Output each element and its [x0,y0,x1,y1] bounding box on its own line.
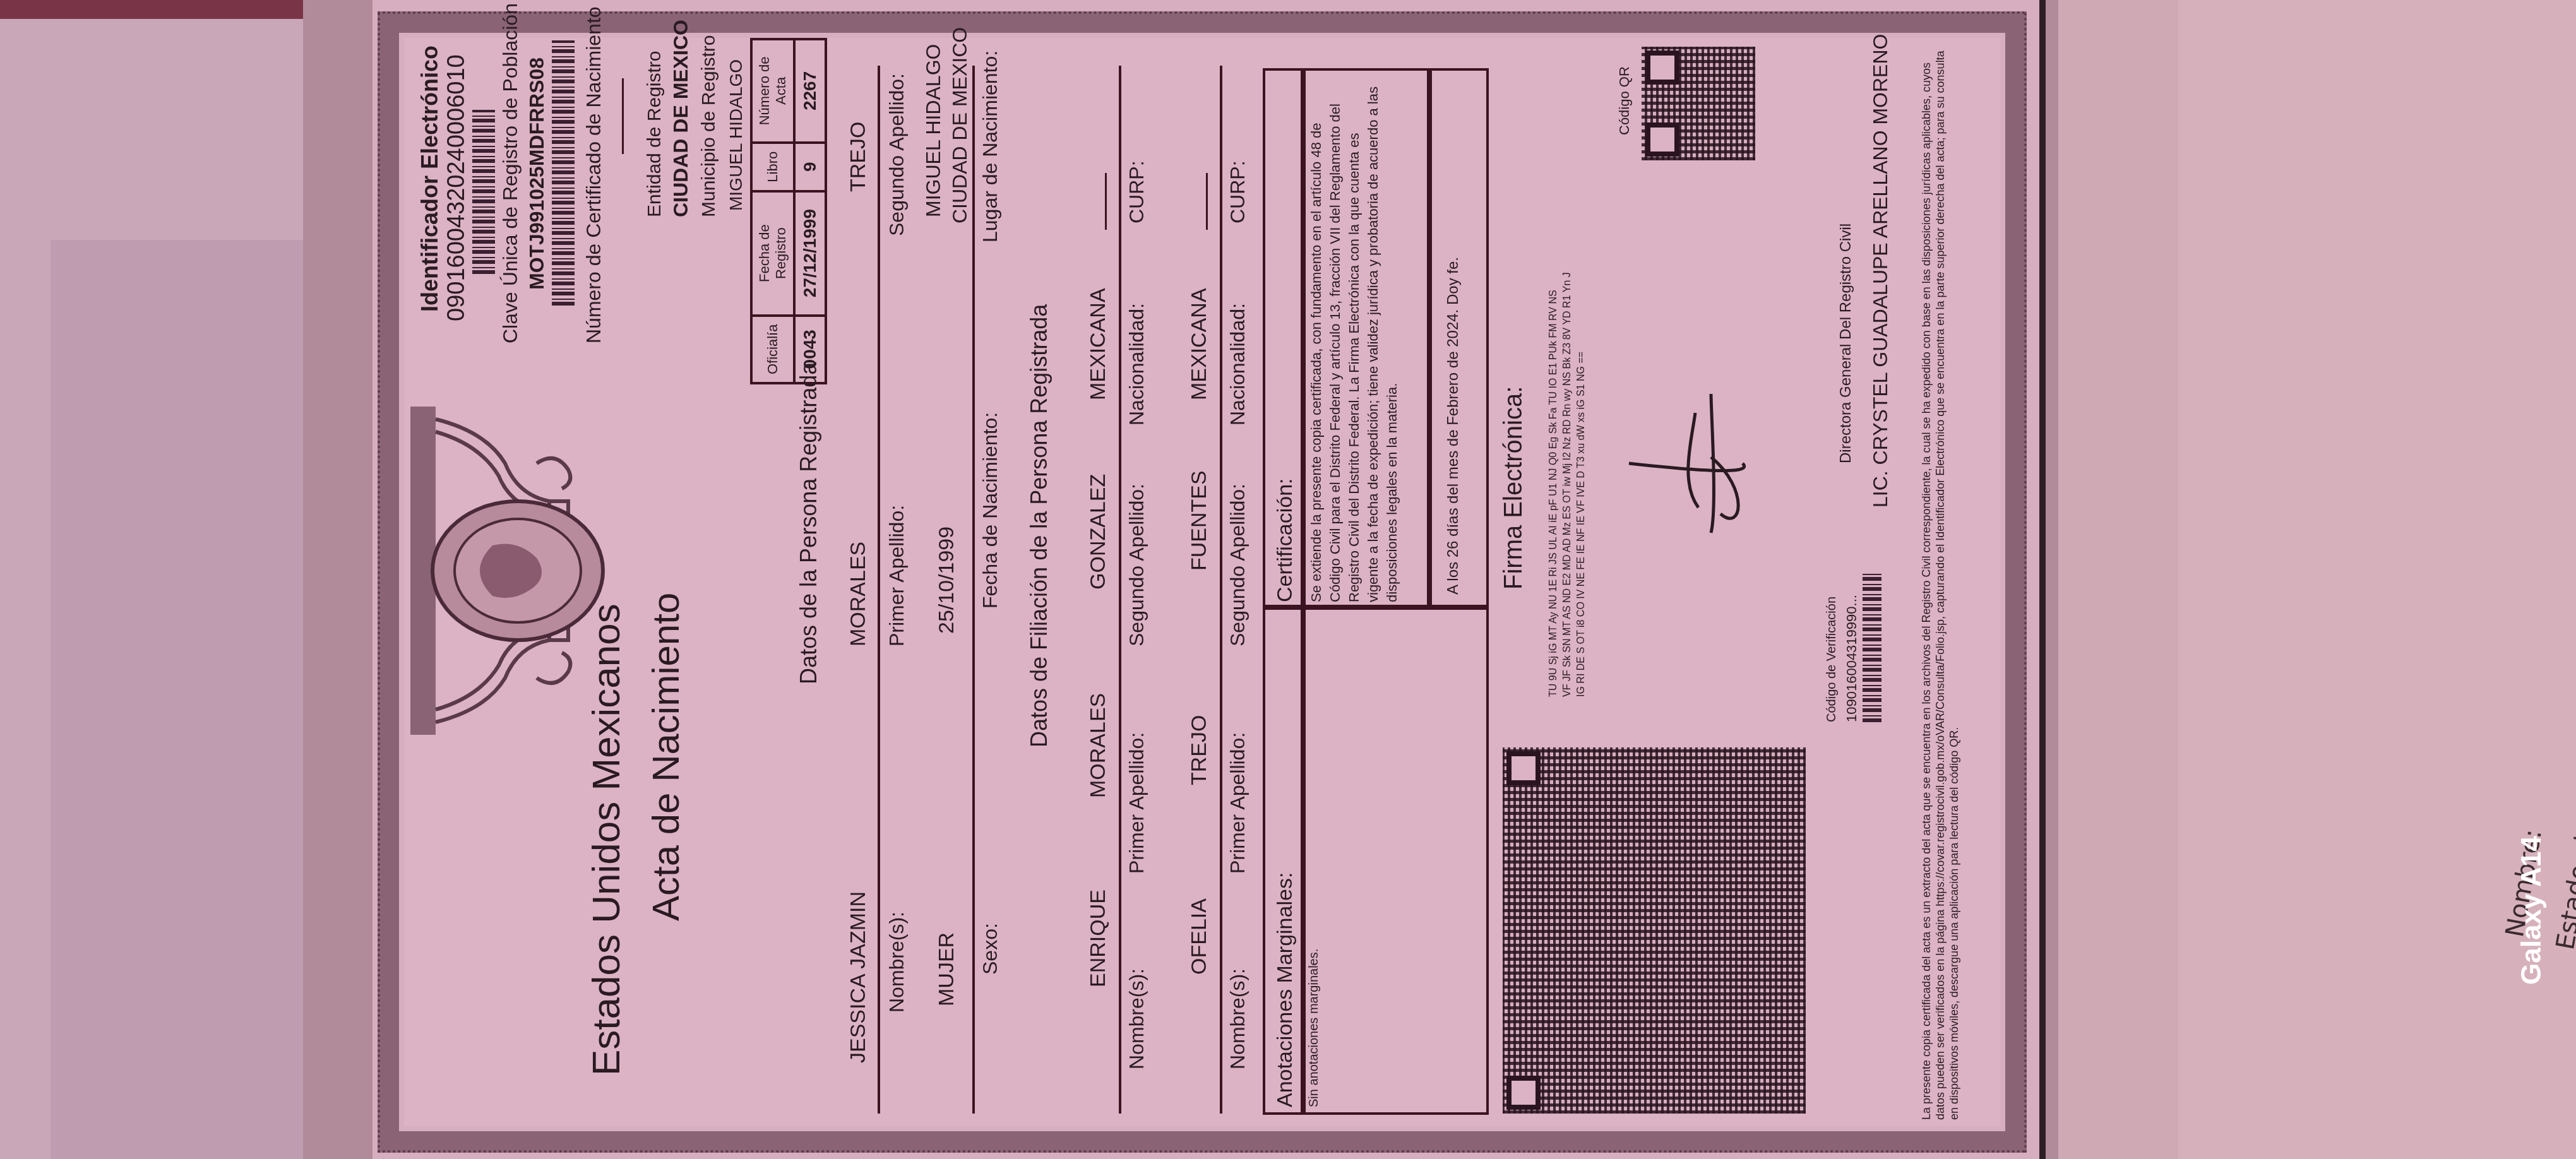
camera-watermark: Galaxy A14 [2516,836,2548,985]
registro-table: Oficialía Fecha de Registro Libro Número… [750,38,827,384]
padre1-nacionalidad-label: Nacionalidad: [1125,303,1148,425]
registro-header-oficialia: Oficialía [751,316,794,383]
identificador-label: Identificador Electrónico [417,45,443,312]
persona-lugar-label: Lugar de Nacimiento: [979,51,1002,242]
certificacion-body-box: Se extiende la presente copia certificad… [1301,68,1432,610]
qr-code-large [1503,747,1806,1114]
numero-certificado-label: Número de Certificado de Nacimiento [582,6,605,343]
padre1-divider [1119,66,1121,1114]
padre2-divider [1220,66,1222,1114]
padre1-nombres-value: ENRIQUE [1086,889,1111,987]
registro-header-fecha: Fecha de Registro [751,191,794,316]
padre1-segundo-apellido-label: Segundo Apellido: [1125,484,1148,646]
registro-libro: 9 [794,143,826,191]
persona-sexo-value: MUJER [934,932,959,1006]
filiacion-section-title: Datos de Filiación de la Persona Registr… [1026,304,1052,747]
padre2-primer-apellido-value: TREJO [1187,715,1212,785]
curp-barcode [552,40,575,306]
persona-lugar-value-1: MIGUEL HIDALGO [922,44,945,217]
persona-lugar-value-2: CIUDAD DE MEXICO [948,27,972,223]
certificacion-text: Se extiende la presente copia certificad… [1307,85,1402,602]
certificacion-fecha: A los 26 días del mes de Febrero de 2024… [1445,257,1462,595]
padre2-nacionalidad-value: MEXICANA [1187,288,1212,400]
padre1-nombres-label: Nombre(s): [1125,968,1148,1069]
background-paper-sheet [51,240,303,1159]
anotaciones-header-box: Anotaciones Marginales: [1263,605,1306,1115]
footer-legal-text: La presente copia certificada del acta e… [1919,47,1961,1120]
persona-sexo-label: Sexo: [979,923,1002,975]
entidad-label: Entidad de Registro [644,51,665,218]
firma-title: Firma Electrónica: [1500,386,1528,590]
padre2-segundo-apellido-label: Segundo Apellido: [1226,484,1249,646]
padre2-nombres-label: Nombre(s): [1226,968,1249,1069]
registro-acta: 2267 [794,39,826,143]
persona-section-title: Datos de la Persona Registrada [796,362,822,684]
persona-segundo-apellido-value: TREJO [846,122,871,192]
persona-divider-1 [878,66,880,1114]
numero-certificado-blank [622,78,624,154]
padre1-primer-apellido-value: MORALES [1086,693,1111,798]
certificacion-header-box: Certificación: [1263,68,1306,610]
padre1-curp-blank [1105,173,1107,230]
persona-primer-apellido-label: Primer Apellido: [885,505,909,646]
padre1-curp-label: CURP: [1125,160,1148,223]
anotaciones-title: Anotaciones Marginales: [1273,872,1297,1107]
persona-segundo-apellido-label: Segundo Apellido: [885,73,909,236]
persona-fecha-nacimiento-label: Fecha de Nacimiento: [979,412,1002,609]
certificacion-title: Certificación: [1273,478,1297,602]
identificador-barcode [472,110,495,274]
persona-divider-2 [972,66,975,1114]
firma-hash: TU 9U Sj iG MT Ay NU 1E Ri JS UL AI iE p… [1547,217,1589,697]
verificacion-barcode [1863,571,1881,722]
signature-icon [1616,369,1755,558]
padre1-nacionalidad-value: MEXICANA [1086,288,1111,400]
persona-fecha-nacimiento-value: 25/10/1999 [934,526,959,634]
padre2-nombres-value: OFELIA [1187,898,1212,975]
padre1-segundo-apellido-value: GONZALEZ [1086,474,1111,590]
firma-hash-line-1: TU 9U Sj iG MT Ay NU 1E Ri JS UL AI iE p… [1547,217,1561,697]
padre1-primer-apellido-label: Primer Apellido: [1125,732,1148,874]
municipio-label: Municipio de Registro [698,35,720,217]
background-paper-right [2178,0,2576,1159]
padre2-primer-apellido-label: Primer Apellido: [1226,732,1249,874]
registro-fecha: 27/12/1999 [794,191,826,316]
entidad-value: CIUDAD DE MEXICO [669,20,693,217]
firma-cargo: Directora General Del Registro Civil [1837,223,1855,463]
verificacion-label: Código de Verificación [1825,597,1839,722]
padre2-curp-blank [1206,173,1208,230]
document-title: Acta de Nacimiento [644,593,688,921]
firma-hash-line-2: VF JF Sk SN MT AS ND E2 MD AD Mz ES OT i… [1561,217,1575,697]
municipio-value: MIGUEL HIDALGO [726,59,746,211]
padre2-segundo-apellido-value: FUENTES [1187,470,1212,571]
birth-certificate: Estados Unidos Mexicanos Acta de Nacimie… [373,0,2039,1159]
registro-header-acta: Número de Acta [751,39,794,143]
registro-header-libro: Libro [751,143,794,191]
persona-nombres-value: JESSICA JAZMIN [846,891,871,1063]
certificate-body: Estados Unidos Mexicanos Acta de Nacimie… [404,38,2000,1126]
qr-code-small [1642,47,1755,160]
persona-primer-apellido-value: MORALES [846,542,871,646]
certificacion-fecha-box: A los 26 días del mes de Febrero de 2024… [1427,68,1489,610]
padre2-nacionalidad-label: Nacionalidad: [1226,303,1249,425]
country-title: Estados Unidos Mexicanos [584,603,629,1076]
identificador-value: 09016004320240006010 [443,54,470,321]
curp-label: Clave Única de Registro de Población [499,3,522,343]
anotaciones-text: Sin anotaciones marginales. [1307,949,1321,1107]
anotaciones-body-box: Sin anotaciones marginales. [1301,605,1489,1115]
padre2-curp-label: CURP: [1226,160,1249,223]
qr-small-label: Código QR [1616,66,1633,135]
firma-nombre: LIC. CRYSTEL GUADALUPE ARELLANO MORENO [1869,34,1892,508]
firma-hash-line-3: IG RI DE S OT i8 CO IV NE FE IE NF IE VF… [1575,217,1589,697]
curp-value: MOTJ991025MDFRRS08 [525,57,549,290]
persona-nombres-label: Nombre(s): [885,912,909,1013]
verificacion-value: 109016004319990... [1844,595,1860,722]
